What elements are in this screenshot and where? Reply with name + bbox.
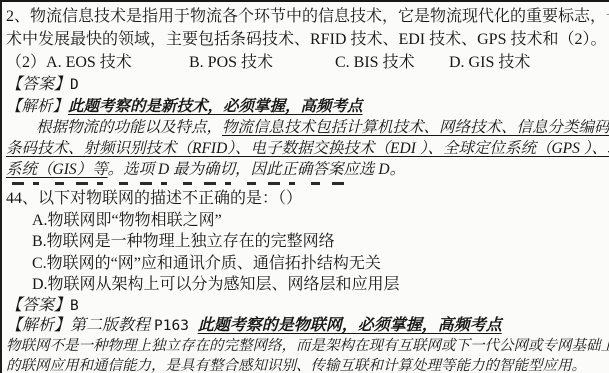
analysis-tail-text: 。选项 D 最为确切，因此正确答案应选 D。: [108, 161, 406, 178]
question-2-option-d-label: D. GIS 技术: [449, 54, 530, 71]
question-2-option-b-label: B. POS 技术: [189, 54, 273, 71]
question-44-answer-line: 【答案】B: [6, 296, 609, 316]
question-44-analysis-body-line-1: 物联网不是一种物理上独立存在的完整网络，而是架构在现有互联网或下一代公网或专网基…: [6, 336, 609, 356]
analysis-underlined-text-3: 系统（GIS）等: [6, 161, 108, 178]
question-2-option-a-label: A. EOS 技术: [46, 54, 132, 71]
analysis-label: 【解析】: [6, 317, 70, 334]
question-2-text-line-1: 2、物流信息技术是指用于物流各个环节中的信息技术，它是物流现代化的重要标志，也是…: [6, 5, 609, 28]
question-44-answer-value: B: [70, 298, 79, 314]
clipped-text-remnant: [12, 182, 344, 185]
question-2-answer-line: 【答案】D: [6, 74, 609, 96]
question-44-option-a: A.物联网即“物物相联之网”: [32, 210, 609, 232]
question-44-option-d: D.物联网从架构上可以分为感知层、网络层和应用层: [32, 274, 609, 296]
question-2-option-c-label: C. BIS 技术: [335, 54, 415, 71]
question-44-analysis-heading: 【解析】第二版教程 P163 此题考察的是物联网，必须掌握，高频考点: [6, 316, 609, 336]
question-2-option-a: （2）A. EOS 技术: [6, 51, 189, 74]
question-2-analysis-line-3: 条码技术、射频识别技术（RFID）、电子数据交换技术（EDI ）、全球定位系统（…: [6, 138, 609, 159]
question-2-options-row: （2）A. EOS 技术 B. POS 技术 C. BIS 技术 D. GIS …: [6, 51, 609, 74]
question-44-analysis-body-line-2: 的联网应用和通信能力，是具有整合感知识别、传输互联和计算处理等能力的智能型应用。: [6, 356, 609, 373]
question-44-option-c: C.物联网的“网”应和通讯介质、通信拓扑结构无关: [32, 253, 609, 275]
question-2-analysis-highlight: 此题考察的是新技术，必须掌握，高频考点: [68, 98, 363, 115]
question-44-title: 44、以下对物联网的描述不正确的是：（）: [6, 188, 609, 210]
question-2-answer-value: D: [70, 77, 79, 93]
question-2-option-prefix: （2）: [6, 54, 46, 71]
question-2-option-d: D. GIS 技术: [449, 51, 530, 74]
question-2-analysis-line-4: 系统（GIS）等。选项 D 最为确切，因此正确答案应选 D。: [6, 159, 609, 180]
answer-label: 【答案】: [6, 297, 70, 314]
question-2-option-b: B. POS 技术: [189, 51, 335, 74]
analysis-intro-text: 根据物流的功能以及特点，: [36, 119, 222, 136]
question-2-option-c: C. BIS 技术: [335, 51, 449, 74]
textbook-reference: 第二版教程: [70, 317, 154, 334]
question-2-analysis-line-2: 根据物流的功能以及特点，物流信息技术包括计算机技术、网络技术、信息分类编码技术、: [6, 117, 609, 138]
question-44-option-b: B.物联网是一种物理上独立存在的完整网络: [32, 231, 609, 253]
exam-answer-document-page: 2、物流信息技术是指用于物流各个环节中的信息技术，它是物流现代化的重要标志，也是…: [0, 0, 609, 373]
question-2-analysis-heading: 【解析】此题考察的是新技术，必须掌握，高频考点: [6, 96, 609, 117]
question-44-analysis-highlight: 此题考察的是物联网，必须掌握，高频考点: [198, 317, 502, 334]
question-2-text-line-2: 术中发展最快的领域，主要包括条码技术、RFID 技术、EDI 技术、GPS 技术…: [6, 28, 609, 51]
answer-label: 【答案】: [6, 76, 70, 93]
analysis-underlined-text-2: 条码技术、射频识别技术（RFID）、电子数据交换技术（EDI ）、全球定位系统（…: [6, 140, 609, 157]
textbook-page-number: P163: [154, 318, 198, 334]
analysis-underlined-text-1: 物流信息技术包括计算机技术、网络技术、信息分类编码技术、: [222, 119, 609, 136]
analysis-label: 【解析】: [6, 98, 68, 115]
